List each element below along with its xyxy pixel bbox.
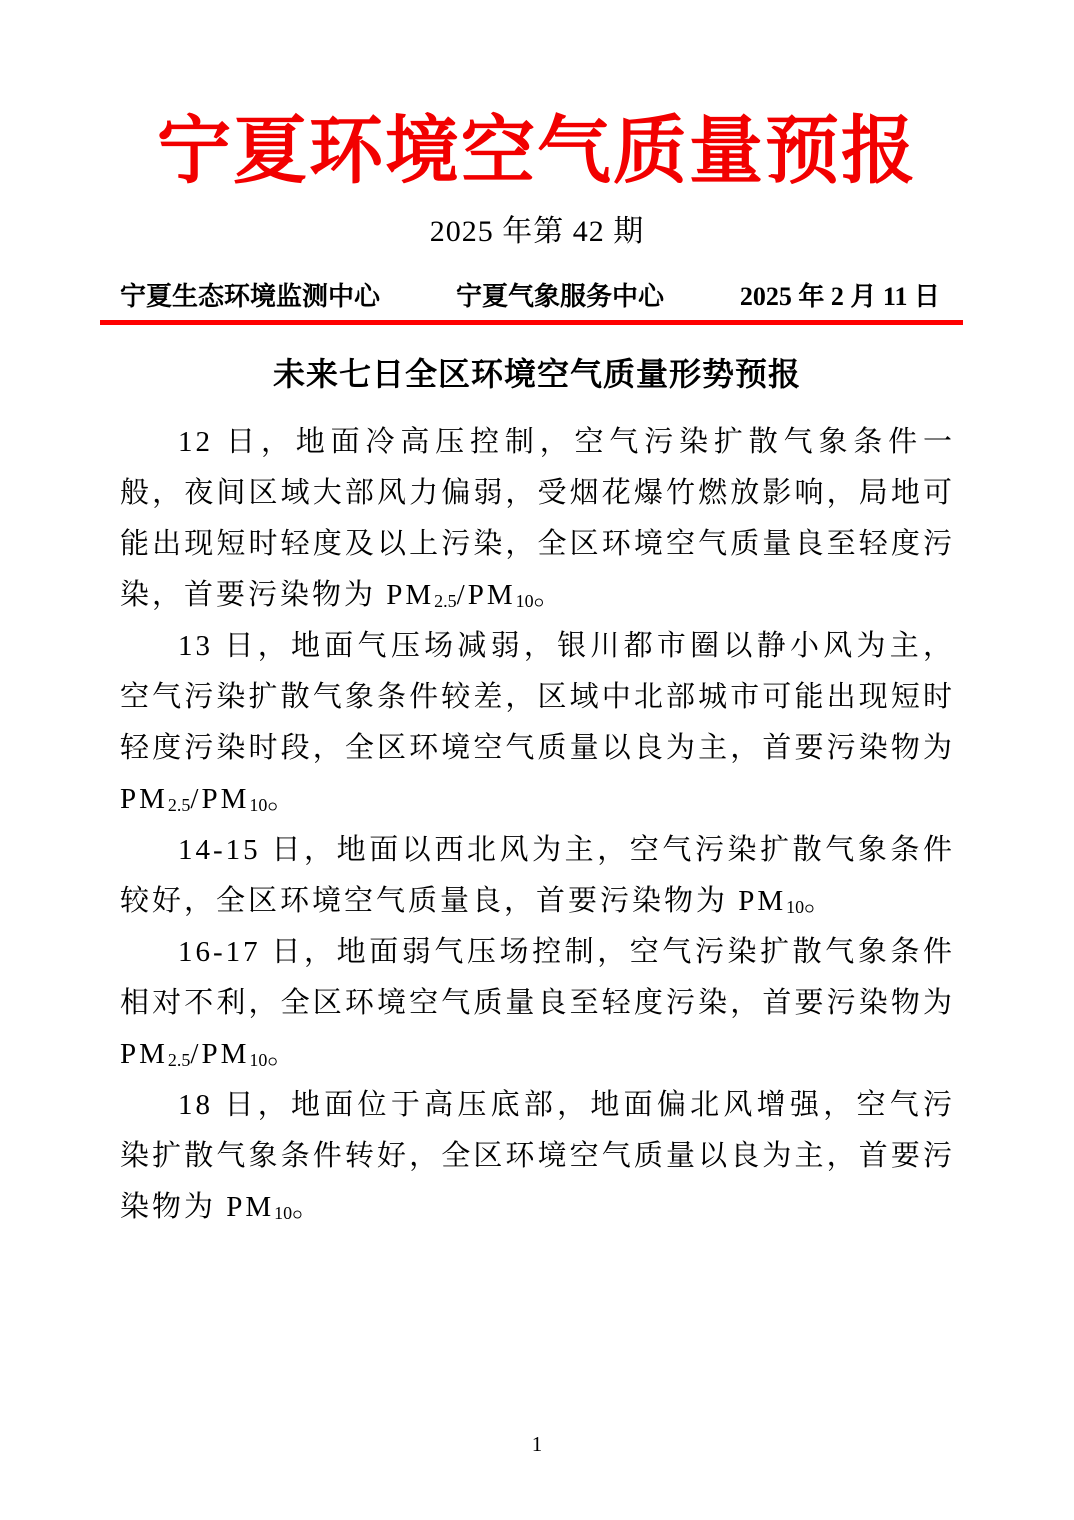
forecast-paragraph: 18 日，地面位于高压底部，地面偏北风增强，空气污染扩散气象条件转好，全区环境空… <box>120 1080 955 1233</box>
paragraph-text: 。 <box>292 1191 324 1223</box>
document-header: 宁夏环境空气质量预报 2025 年第 42 期 宁夏生态环境监测中心 宁夏气象服… <box>0 0 1074 325</box>
subscript-text: 2.5 <box>434 591 456 611</box>
org-monitoring-center: 宁夏生态环境监测中心 <box>120 276 380 313</box>
subscript-text: 2.5 <box>168 1050 190 1070</box>
subscript-text: 10 <box>249 1050 267 1070</box>
paragraph-text: 18 日，地面位于高压底部，地面偏北风增强，空气污染扩散气象条件转好，全区环境空… <box>120 1089 955 1223</box>
document-main: 未来七日全区环境空气质量形势预报 12 日，地面冷高压控制，空气污染扩散气象条件… <box>0 349 1074 1233</box>
subscript-text: 10 <box>516 591 534 611</box>
document-title: 宁夏环境空气质量预报 <box>0 0 1074 192</box>
org-row: 宁夏生态环境监测中心 宁夏气象服务中心 2025 年 2 月 11 日 <box>120 276 940 313</box>
red-divider <box>100 320 963 325</box>
paragraph-text: /PM <box>190 1038 249 1070</box>
page-number: 1 <box>0 1432 1074 1457</box>
paragraph-text: 。 <box>534 579 566 611</box>
section-title: 未来七日全区环境空气质量形势预报 <box>0 349 1074 395</box>
subscript-text: 10 <box>249 795 267 815</box>
document-page: 宁夏环境空气质量预报 2025 年第 42 期 宁夏生态环境监测中心 宁夏气象服… <box>0 0 1074 1520</box>
forecast-paragraph: 14-15 日，地面以西北风为主，空气污染扩散气象条件较好，全区环境空气质量良，… <box>120 825 955 927</box>
paragraph-text: 。 <box>267 783 299 815</box>
subscript-text: 10 <box>786 897 804 917</box>
paragraph-text: 。 <box>267 1038 299 1070</box>
subscript-text: 10 <box>274 1203 292 1223</box>
forecast-paragraphs: 12 日，地面冷高压控制，空气污染扩散气象条件一般，夜间区域大部风力偏弱，受烟花… <box>120 417 955 1233</box>
paragraph-text: /PM <box>457 579 516 611</box>
subscript-text: 2.5 <box>168 795 190 815</box>
forecast-paragraph: 12 日，地面冷高压控制，空气污染扩散气象条件一般，夜间区域大部风力偏弱，受烟花… <box>120 417 955 621</box>
forecast-paragraph: 13 日，地面气压场减弱，银川都市圈以静小风为主，空气污染扩散气象条件较差，区域… <box>120 621 955 825</box>
issue-date: 2025 年 2 月 11 日 <box>740 276 940 313</box>
org-weather-center: 宁夏气象服务中心 <box>456 276 664 313</box>
paragraph-text: /PM <box>190 783 249 815</box>
forecast-paragraph: 16-17 日，地面弱气压场控制，空气污染扩散气象条件相对不利，全区环境空气质量… <box>120 927 955 1080</box>
issue-number: 2025 年第 42 期 <box>0 206 1074 250</box>
paragraph-text: 。 <box>804 885 836 917</box>
